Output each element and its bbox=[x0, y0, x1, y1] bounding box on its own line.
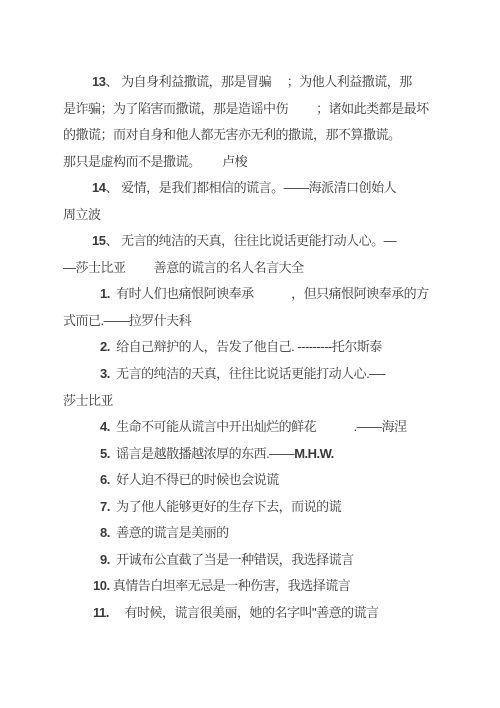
article-body: 13、 为自身利益撒谎，那是冒骗 ；为他人利益撒谎，那是诈骗；为了陷害而撒谎，那… bbox=[0, 0, 500, 626]
text-line: —莎士比亚 善意的谎言的名人名言大全 bbox=[63, 255, 460, 282]
text-line: 8. 善意的谎言是美丽的 bbox=[63, 520, 460, 547]
text-segment: 好人迫不得已的时候也会说谎 bbox=[110, 472, 279, 487]
text-line: 7. 为了他人能够更好的生存下去，而说的谎 bbox=[63, 494, 460, 521]
text-segment: 的撒谎；而对自身和他人都无害亦无利的撒谎，那不算撒谎。 bbox=[63, 127, 401, 142]
text-segment: 有时候，谎言很美丽，她的名字叫"善意的谎言 bbox=[109, 605, 379, 620]
text-segment: 谣言是越散播越浓厚的东西.—— bbox=[110, 446, 294, 461]
text-line: 式而已.——拉罗什夫科 bbox=[63, 308, 460, 335]
text-line: 2. 给自己辩护的人，告发了他自己. ---------托尔斯泰 bbox=[63, 334, 460, 361]
text-segment: 那只是虚构而不是撒谎。 卢梭 bbox=[63, 154, 247, 169]
text-line: 10. 真情告白坦率无忌是一种伤害，我选择谎言 bbox=[63, 573, 460, 600]
text-line: 13、 为自身利益撒谎，那是冒骗 ；为他人利益撒谎，那 bbox=[63, 69, 460, 96]
text-line: 15、 无言的纯洁的天真，往往比说话更能打动人心。— bbox=[63, 228, 460, 255]
text-segment: 、 爱情，是我们都相信的谎言。——海派清口创始人 bbox=[105, 180, 396, 195]
bold-text: 3. bbox=[100, 366, 110, 381]
text-segment: —莎士比亚 善意的谎言的名人名言大全 bbox=[63, 260, 304, 275]
text-segment: 真情告白坦率无忌是一种伤害，我选择谎言 bbox=[110, 578, 351, 593]
text-segment: 善意的谎言是美丽的 bbox=[110, 525, 229, 540]
text-line: 4. 生命不可能从谎言中开出灿烂的鲜花 .——海涅 bbox=[63, 414, 460, 441]
text-segment: 周立波 bbox=[63, 207, 101, 222]
bold-text: 5. bbox=[100, 446, 110, 461]
text-segment: 生命不可能从谎言中开出灿烂的鲜花 .——海涅 bbox=[110, 419, 407, 434]
bold-text: 13 bbox=[92, 74, 105, 89]
bold-text: M.H.W. bbox=[294, 446, 334, 461]
text-segment: 开诚布公直截了当是一种错误，我选择谎言 bbox=[110, 552, 354, 567]
text-segment: 式而已.——拉罗什夫科 bbox=[63, 313, 191, 328]
text-segment: 是诈骗；为了陷害而撒谎，那是造谣中伤 ；诸如此类都是最坏 bbox=[63, 101, 429, 116]
bold-text: 14 bbox=[92, 180, 105, 195]
bold-text: 1. bbox=[100, 286, 110, 301]
text-line: 14、 爱情，是我们都相信的谎言。——海派清口创始人 bbox=[63, 175, 460, 202]
bold-text: 10. bbox=[93, 578, 110, 593]
text-segment: 有时人们也痛恨阿谀奉承 ，但只痛恨阿谀奉承的方 bbox=[110, 286, 429, 301]
text-segment: 给自己辩护的人，告发了他自己. ---------托尔斯泰 bbox=[110, 339, 382, 354]
text-line: 9. 开诚布公直截了当是一种错误，我选择谎言 bbox=[63, 547, 460, 574]
text-line: 的撒谎；而对自身和他人都无害亦无利的撒谎，那不算撒谎。 bbox=[63, 122, 460, 149]
text-segment: 莎士比亚 bbox=[63, 393, 113, 408]
text-line: 3. 无言的纯洁的天真，往往比说话更能打动人心.—- bbox=[63, 361, 460, 388]
text-line: 那只是虚构而不是撒谎。 卢梭 bbox=[63, 149, 460, 176]
text-line: 11. 有时候，谎言很美丽，她的名字叫"善意的谎言 bbox=[63, 600, 460, 627]
bold-text: 6. bbox=[100, 472, 110, 487]
bold-text: 11. bbox=[93, 605, 109, 620]
bold-text: 2. bbox=[100, 339, 110, 354]
document-page: 13、 为自身利益撒谎，那是冒骗 ；为他人利益撒谎，那是诈骗；为了陷害而撒谎，那… bbox=[0, 0, 500, 708]
text-line: 莎士比亚 bbox=[63, 388, 460, 415]
text-segment: 无言的纯洁的天真，往往比说话更能打动人心.—- bbox=[110, 366, 386, 381]
bold-text: 4. bbox=[100, 419, 110, 434]
text-line: 1. 有时人们也痛恨阿谀奉承 ，但只痛恨阿谀奉承的方 bbox=[63, 281, 460, 308]
text-line: 是诈骗；为了陷害而撒谎，那是造谣中伤 ；诸如此类都是最坏 bbox=[63, 96, 460, 123]
text-segment: 、 为自身利益撒谎，那是冒骗 ；为他人利益撒谎，那 bbox=[105, 74, 411, 89]
bold-text: 8. bbox=[100, 525, 110, 540]
text-line: 5. 谣言是越散播越浓厚的东西.——M.H.W. bbox=[63, 441, 460, 468]
text-line: 6. 好人迫不得已的时候也会说谎 bbox=[63, 467, 460, 494]
text-segment: 为了他人能够更好的生存下去，而说的谎 bbox=[110, 499, 341, 514]
bold-text: 9. bbox=[100, 552, 110, 567]
text-line: 周立波 bbox=[63, 202, 460, 229]
bold-text: 15 bbox=[92, 233, 105, 248]
bold-text: 7. bbox=[100, 499, 110, 514]
text-segment: 、 无言的纯洁的天真，往往比说话更能打动人心。— bbox=[105, 233, 396, 248]
